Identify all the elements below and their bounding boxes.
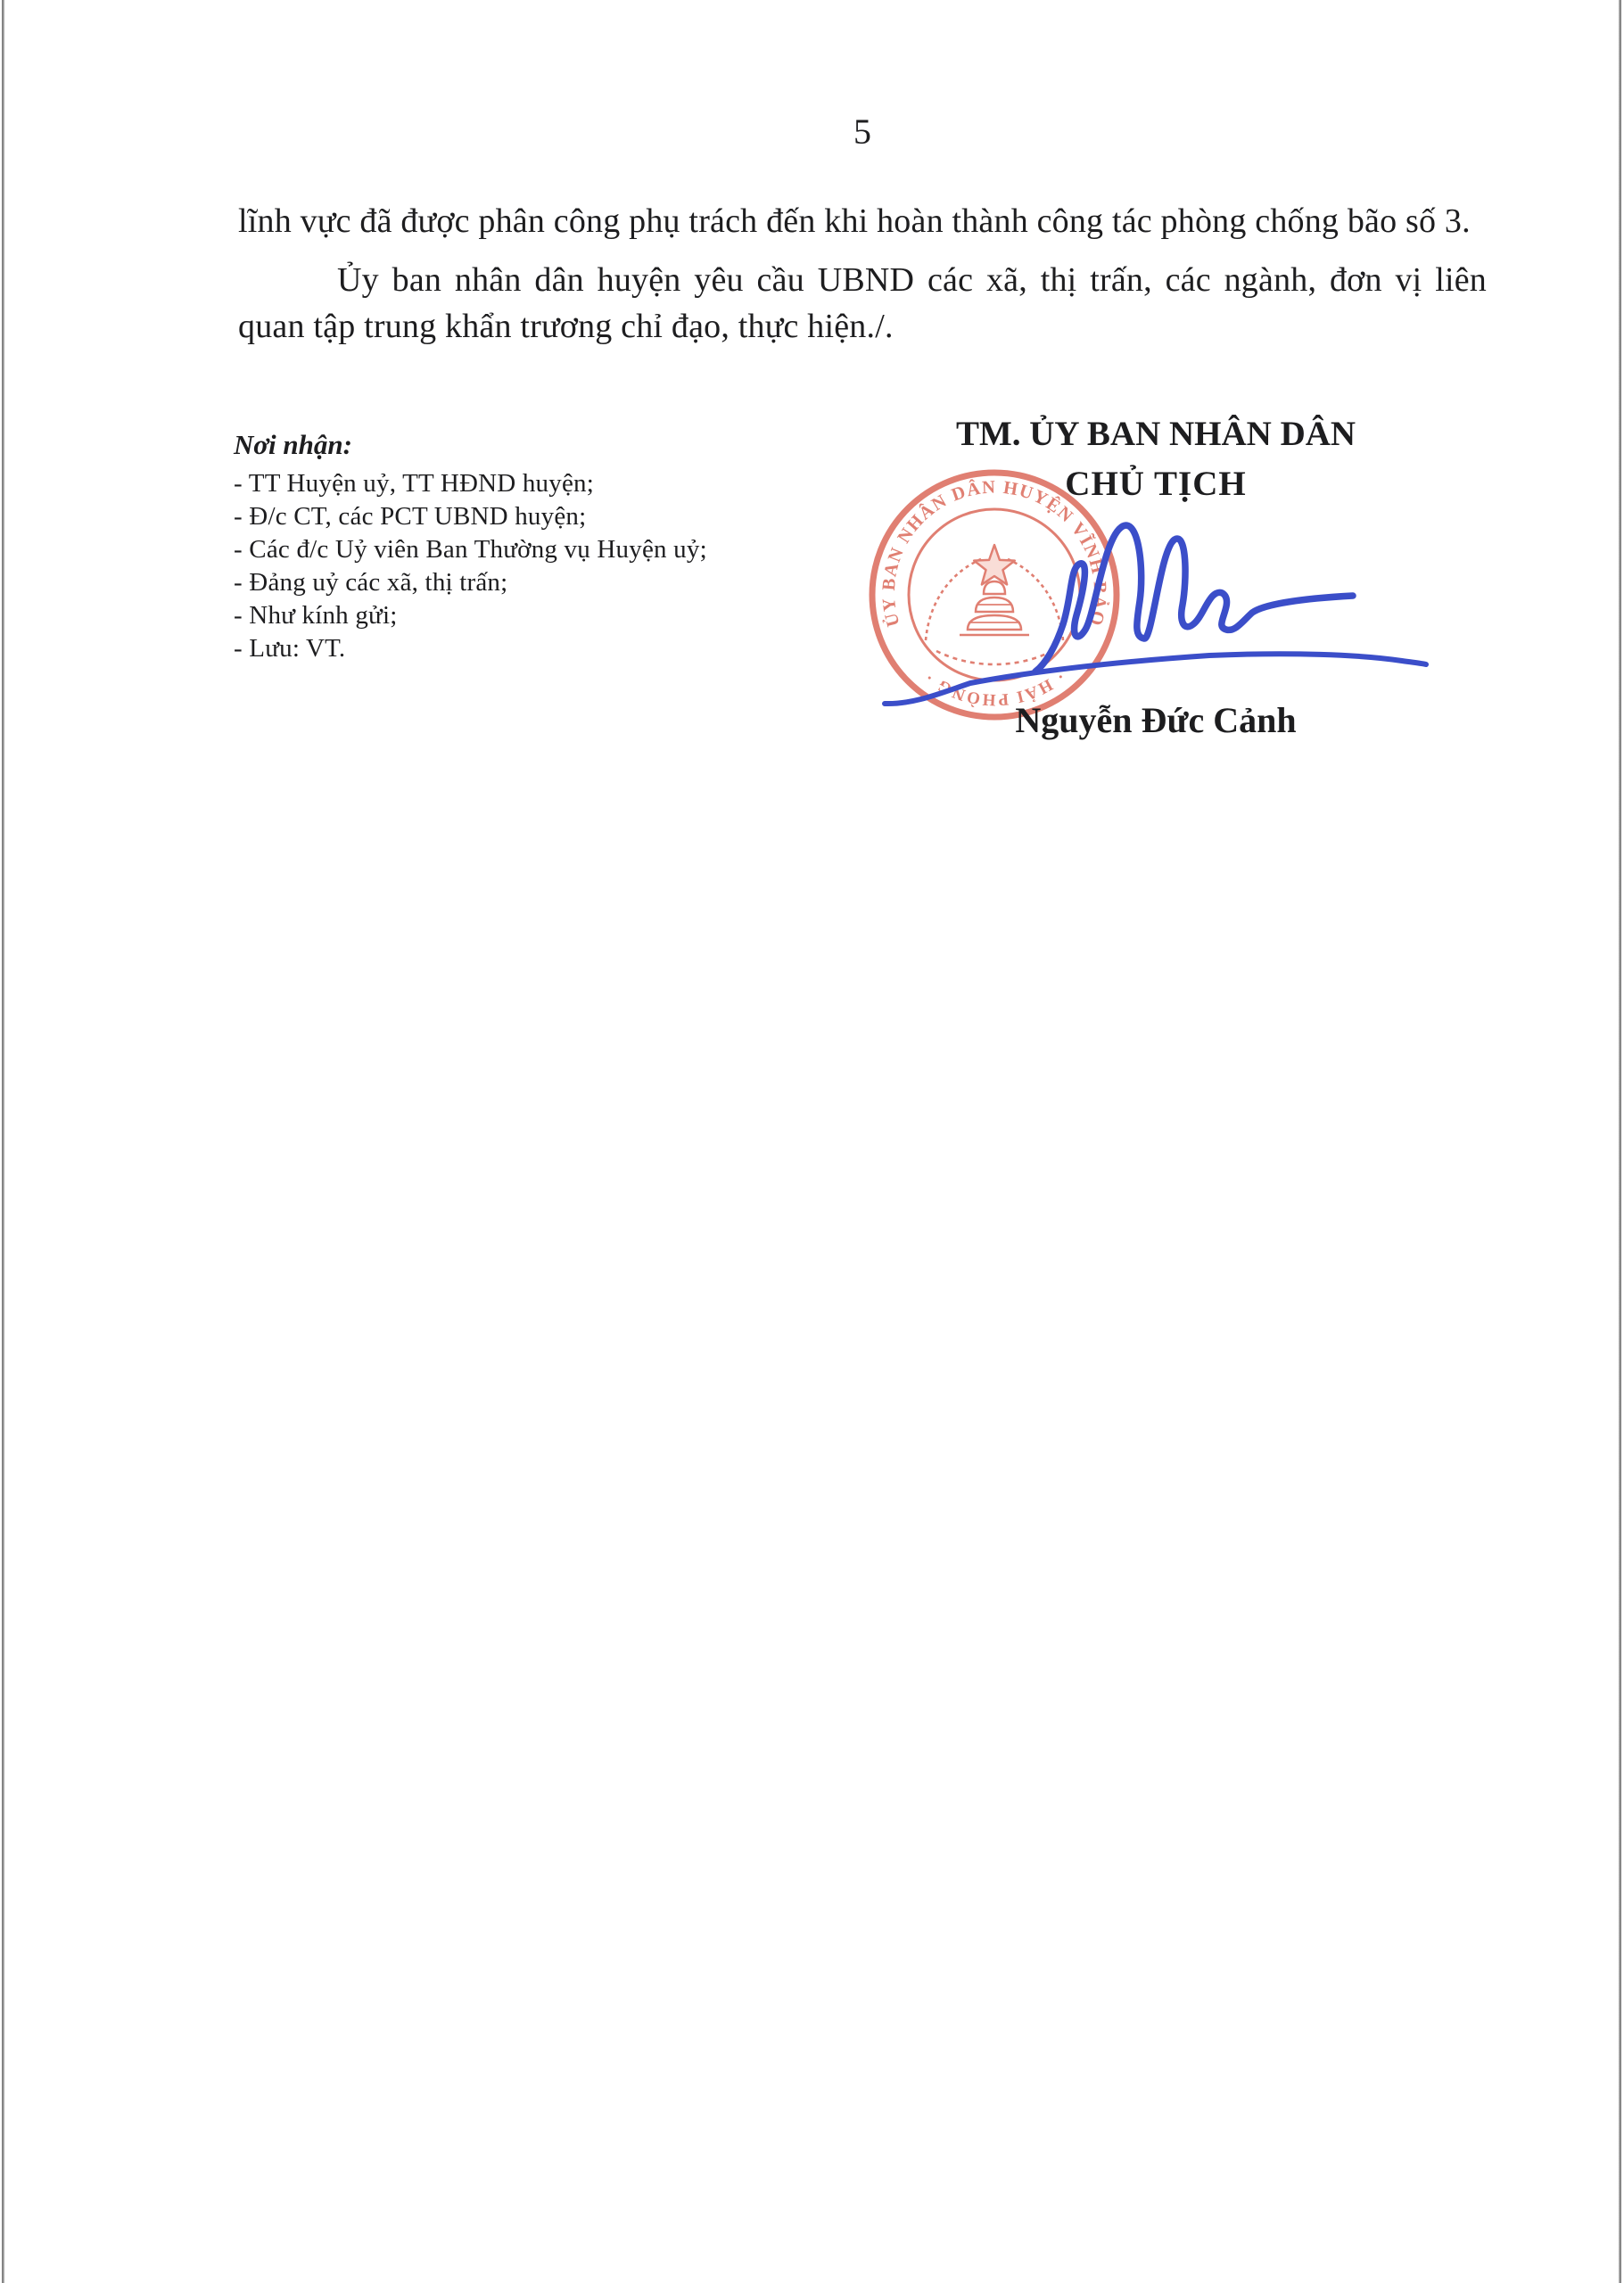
page-left-edge-line xyxy=(2,0,4,2283)
recipients-block: Nơi nhận: - TT Huyện uỷ, TT HĐND huyện; … xyxy=(234,426,876,665)
signer-name: Nguyễn Đức Cảnh xyxy=(910,697,1402,744)
paragraph-closing: Ủy ban nhân dân huyện yêu cầu UBND các x… xyxy=(238,257,1487,350)
recipient-item: - Như kính gửi; xyxy=(234,599,876,632)
page-right-edge-line xyxy=(1619,0,1621,2283)
recipient-item: - Các đ/c Uỷ viên Ban Thường vụ Huyện uỷ… xyxy=(234,533,876,566)
recipients-list: - TT Huyện uỷ, TT HĐND huyện; - Đ/c CT, … xyxy=(234,467,876,665)
signature-underline-stroke xyxy=(885,654,1426,704)
document-page: 5 lĩnh vực đã được phân công phụ trách đ… xyxy=(0,0,1624,2283)
signing-authority: TM. ỦY BAN NHÂN DÂN xyxy=(910,412,1402,457)
recipients-label: Nơi nhận: xyxy=(234,426,876,464)
recipient-item: - Đảng uỷ các xã, thị trấn; xyxy=(234,566,876,599)
recipient-item: - Lưu: VT. xyxy=(234,632,876,665)
recipient-item: - Đ/c CT, các PCT UBND huyện; xyxy=(234,500,876,533)
paragraph-continued: lĩnh vực đã được phân công phụ trách đến… xyxy=(238,198,1487,244)
signature-main-stroke xyxy=(1035,525,1353,672)
recipient-item: - TT Huyện uỷ, TT HĐND huyện; xyxy=(234,467,876,500)
page-number: 5 xyxy=(238,109,1487,155)
body-text: lĩnh vực đã được phân công phụ trách đến… xyxy=(238,198,1487,350)
